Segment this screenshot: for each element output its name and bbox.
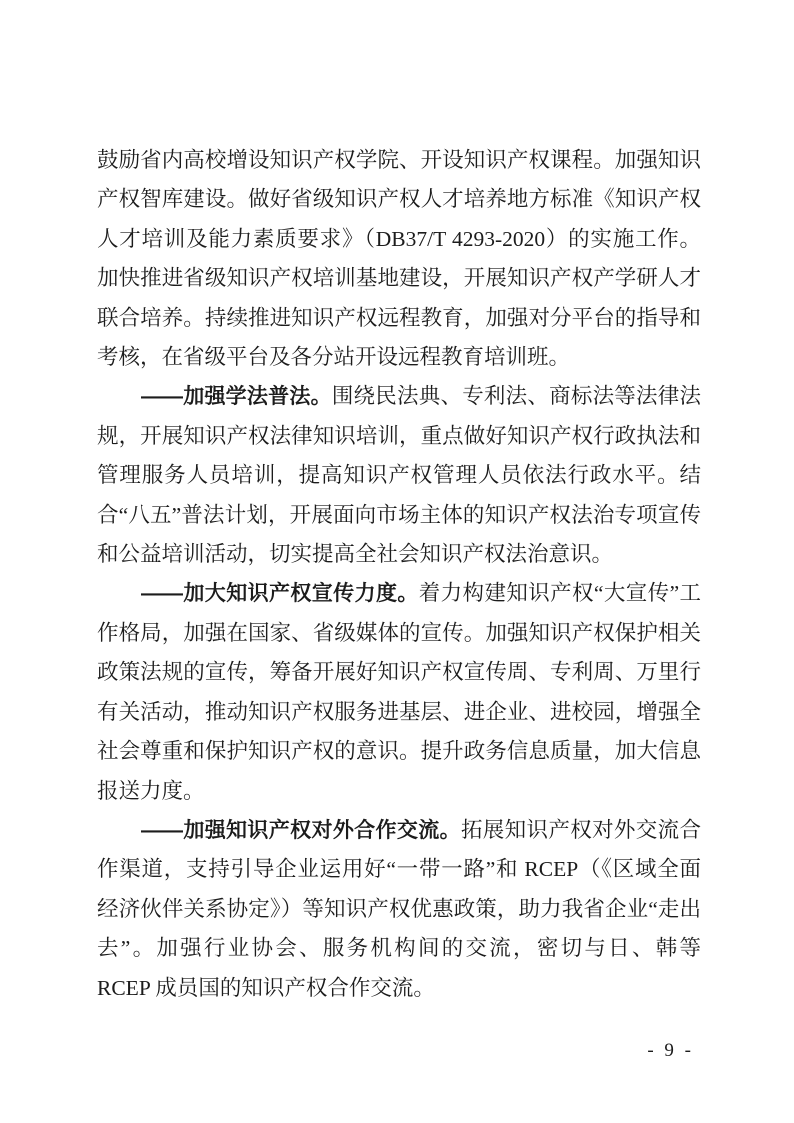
paragraph-strengthen-law-education: ——加强学法普法。围绕民法典、专利法、商标法等法律法规，开展知识产权法律知识培训… — [97, 377, 701, 574]
paragraph-lead: ——加大知识产权宣传力度。 — [141, 582, 419, 605]
paragraph-text: 着力构建知识产权“大宣传”工作格局，加强在国家、省级媒体的宣传。加强知识产权保护… — [97, 581, 701, 802]
paragraph-increase-publicity: ——加大知识产权宣传力度。着力构建知识产权“大宣传”工作格局，加强在国家、省级媒… — [97, 574, 701, 810]
document-page: 鼓励省内高校增设知识产权学院、开设知识产权课程。加强知识产权智库建设。做好省级知… — [0, 0, 794, 1123]
paragraph-lead: ——加强知识产权对外合作交流。 — [141, 819, 461, 842]
paragraph-text: 鼓励省内高校增设知识产权学院、开设知识产权课程。加强知识产权智库建设。做好省级知… — [97, 148, 701, 369]
paragraph-text: 拓展知识产权对外交流合作渠道，支持引导企业运用好“一带一路”和 RCEP（《区域… — [97, 818, 701, 1000]
paragraph-text: 围绕民法典、专利法、商标法等法律法规，开展知识产权法律知识培训，重点做好知识产权… — [97, 384, 701, 566]
paragraph-foreign-cooperation: ——加强知识产权对外合作交流。拓展知识产权对外交流合作渠道，支持引导企业运用好“… — [97, 811, 701, 1008]
document-body: 鼓励省内高校增设知识产权学院、开设知识产权课程。加强知识产权智库建设。做好省级知… — [97, 141, 701, 1008]
paragraph-continuation: 鼓励省内高校增设知识产权学院、开设知识产权课程。加强知识产权智库建设。做好省级知… — [97, 141, 701, 377]
paragraph-lead: ——加强学法普法。 — [141, 385, 332, 408]
page-number: - 9 - — [647, 1040, 694, 1062]
